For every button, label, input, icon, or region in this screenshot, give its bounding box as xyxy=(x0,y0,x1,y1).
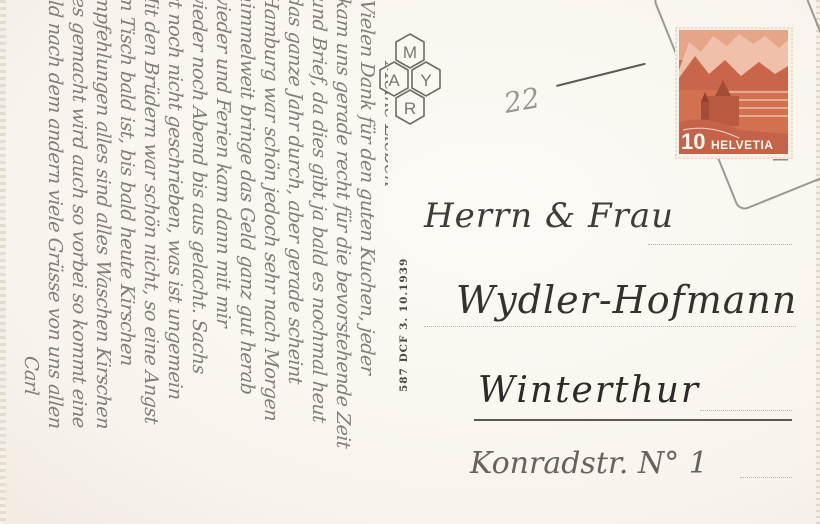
message-line: himmelweit bringe das Geld ganz gut hera… xyxy=(235,0,259,512)
message-line: das ganze Jahr durch, aber gerade schein… xyxy=(283,0,307,515)
message-line: ist noch nicht geschrieben, was ist unge… xyxy=(163,0,187,507)
logo-letter-m: M xyxy=(403,43,417,62)
message-signature: Carl xyxy=(19,0,43,497)
message-line: wieder noch Abend bis aus gelacht. Sachs xyxy=(187,0,211,509)
address-dotted-rule-4 xyxy=(740,477,792,478)
left-card-edge xyxy=(0,0,6,524)
handwritten-message: Meine Lieben Vielen Dank für den guten K… xyxy=(8,0,388,524)
postcard: Meine Lieben Vielen Dank für den guten K… xyxy=(0,0,820,524)
stamp-value: 10 xyxy=(681,131,705,153)
pencil-dash xyxy=(556,63,646,87)
address-underline-city xyxy=(474,419,792,421)
address-line-4: Konradstr. N° 1 xyxy=(470,446,708,481)
pencil-note: 22 xyxy=(501,81,542,120)
hexagon-logo-icon: M A Y R xyxy=(376,32,444,128)
address-line-2: Wydler-Hofmann xyxy=(456,278,797,322)
printer-imprint: 587 DCF 3. 10.1939 xyxy=(398,258,410,392)
logo-letter-y: Y xyxy=(420,71,431,90)
mayr-publisher-logo: M A Y R xyxy=(376,32,444,128)
address-dotted-rule-3 xyxy=(700,410,792,411)
message-line: und Brief, da dies gibt ja bald es nochm… xyxy=(307,0,331,517)
address-line-1: Herrn & Frau xyxy=(424,196,674,236)
message-line: kam uns gerade recht für die bevorstehen… xyxy=(331,0,355,519)
message-line: wieder und Ferien kam dann mit mir xyxy=(211,0,235,510)
message-line: dies gemacht wird auch so vorbei so komm… xyxy=(67,0,91,500)
message-line: bald nach dem andern viele Grüsse von un… xyxy=(43,0,67,499)
message-line: Mit den Brüdern war schön nicht, so eine… xyxy=(139,0,163,505)
logo-letter-a: A xyxy=(388,71,400,90)
logo-letter-r: R xyxy=(404,99,416,118)
message-line: Hamburg war schön jedoch sehr nach Morge… xyxy=(259,0,283,514)
postage-stamp: 10 HELVETIA xyxy=(675,27,793,159)
stamp-image: 10 HELVETIA xyxy=(679,30,788,154)
address-dotted-rule-1 xyxy=(648,244,792,245)
address-dotted-rule-2 xyxy=(424,326,796,327)
message-text-block: Meine Lieben Vielen Dank für den guten K… xyxy=(19,0,388,522)
message-line: Empfehlungen alles sind alles Waschen Ki… xyxy=(91,0,115,502)
message-line: am Tisch bald ist, bis bald heute Kirsch… xyxy=(115,0,139,504)
stamp-country: HELVETIA xyxy=(711,138,773,152)
address-line-3: Winterthur xyxy=(478,370,700,411)
